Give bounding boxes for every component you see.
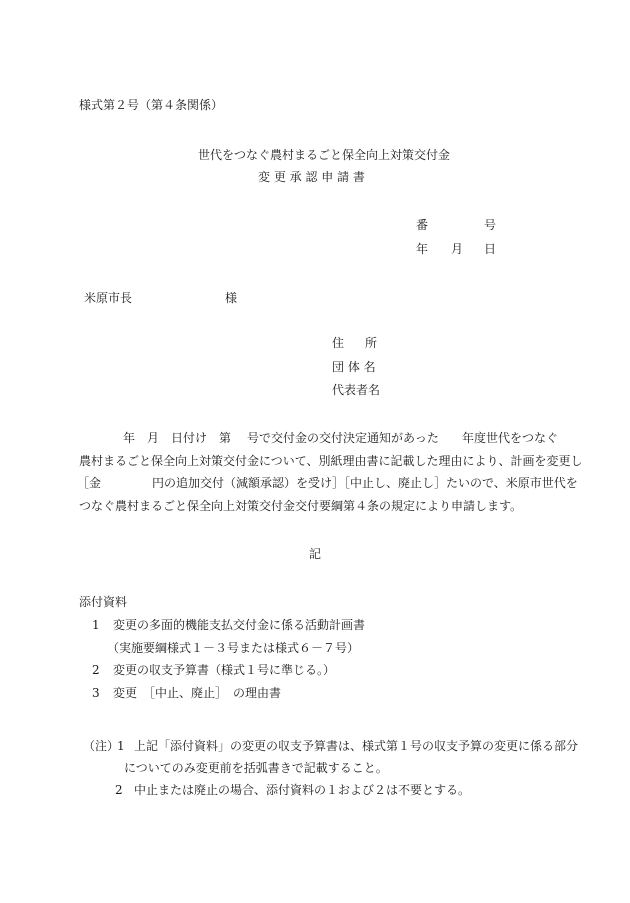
attachment-text-2: 変更の収支予算書（様式１号に準じる。） — [113, 662, 335, 678]
body-line1-b: 号で交付金の交付決定通知があった — [247, 430, 439, 446]
attachments-heading: 添付資料 — [79, 594, 127, 610]
note-text-2: 中止または廃止の場合、添付資料の１および２は不要とする。 — [134, 782, 470, 798]
date-month: 月 — [451, 241, 463, 257]
group-name-label: 団 体 名 — [332, 359, 376, 375]
document-subtitle: 変 更 承 認 申 請 書 — [258, 169, 365, 185]
ki-heading: 記 — [309, 546, 321, 562]
body-line4: つなぐ農村まるごと保全向上対策交付金交付要綱第４条の規定により申請します。 — [79, 498, 522, 514]
body-line2: 農村まるごと保全向上対策交付金について、別紙理由書に記載した理由により、計画を変… — [79, 453, 583, 469]
date-day: 日 — [484, 241, 496, 257]
note-num-1: 1 — [117, 738, 125, 754]
note-text-1b: についてのみ変更前を括弧書きで記載すること。 — [124, 760, 388, 776]
body-line3-a: ［金 — [77, 475, 101, 491]
addressee-name: 米原市長 — [84, 290, 132, 306]
note-num-2: 2 — [115, 782, 123, 798]
note-text-1: 上記「添付資料」の変更の収支予算書は、様式第１号の収支予算の変更に係る部分 — [134, 738, 578, 754]
document-title: 世代をつなぐ農村まるごと保全向上対策交付金 — [198, 147, 450, 163]
attachment-text-3: 変更 ［中止、廃止］ の理由書 — [113, 685, 281, 701]
number-label: 番 — [416, 217, 428, 233]
date-year: 年 — [416, 241, 428, 257]
body-line3-b: 円の追加交付（減額承認）を受け］［中止し、廃止し］たいので、米原市世代を — [152, 475, 578, 491]
form-number: 様式第２号（第４条関係） — [79, 97, 223, 113]
body-line1-a: 年 月 日付け 第 — [123, 430, 231, 446]
body-line1-c: 年度世代をつなぐ — [462, 430, 558, 446]
representative-label: 代表者名 — [332, 382, 380, 398]
addressee-honorific: 様 — [225, 290, 237, 306]
attachment-num-2: 2 — [92, 662, 100, 678]
attachment-num-3: 3 — [92, 685, 100, 701]
address-label-b: 所 — [365, 335, 377, 351]
attachment-text-1b: （実施要綱様式１－３号または様式６－７号） — [107, 640, 359, 656]
notes-label: （注） — [83, 738, 119, 754]
attachment-num-1: 1 — [92, 617, 100, 633]
number-suffix: 号 — [484, 217, 496, 233]
attachment-text-1: 変更の多面的機能支払交付金に係る活動計画書 — [113, 617, 365, 633]
address-label-a: 住 — [332, 335, 344, 351]
